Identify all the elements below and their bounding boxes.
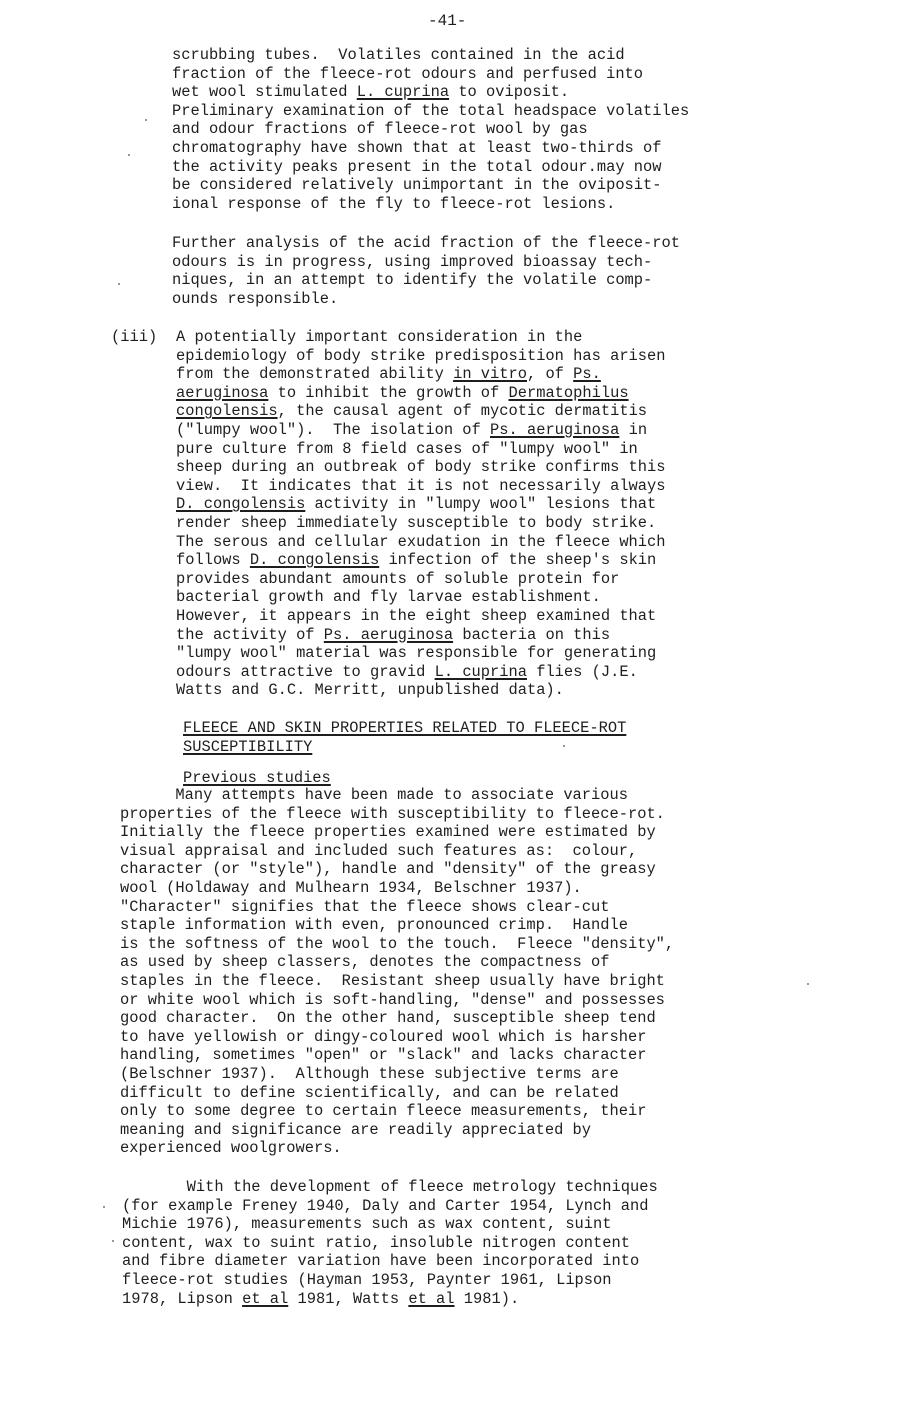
section-heading: FLEECE AND SKIN PROPERTIES RELATED TO FL… <box>183 719 626 756</box>
text-line: chromatography have shown that at least … <box>172 139 689 158</box>
underlined-term: SUSCEPTIBILITY <box>183 738 312 756</box>
text-line: A potentially important consideration in… <box>176 328 666 347</box>
text-line: Michie 1976), measurements such as wax c… <box>122 1215 658 1234</box>
text-line: be considered relatively unimportant in … <box>172 176 689 195</box>
text-line: wet wool stimulated L. cuprina to ovipos… <box>172 83 689 102</box>
underlined-term: Dermatophilus <box>509 384 629 402</box>
text-line: niques, in an attempt to identify the vo… <box>172 271 680 290</box>
underlined-term: et al <box>242 1290 288 1308</box>
text-line: character (or "style"), handle and "dens… <box>120 860 674 879</box>
text-line: good character. On the other hand, susce… <box>120 1009 674 1028</box>
text-line: (for example Freney 1940, Daly and Carte… <box>122 1197 658 1216</box>
text-line: SUSCEPTIBILITY <box>183 738 626 757</box>
text-line: However, it appears in the eight sheep e… <box>176 607 666 626</box>
text-line: 1978, Lipson et al 1981, Watts et al 198… <box>122 1290 658 1309</box>
underlined-term: aeruginosa <box>176 384 268 402</box>
text-line: aeruginosa to inhibit the growth of Derm… <box>176 384 666 403</box>
text-line: difficult to define scientifically, and … <box>120 1084 674 1103</box>
underlined-term: D. congolensis <box>176 495 305 513</box>
underlined-term: L. cuprina <box>357 83 449 101</box>
text-line: meaning and significance are readily app… <box>120 1121 674 1140</box>
paragraph-acid-fraction: scrubbing tubes. Volatiles contained in … <box>172 46 689 213</box>
text-line: as used by sheep classers, denotes the c… <box>120 953 674 972</box>
text-line: and fibre diameter variation have been i… <box>122 1252 658 1271</box>
text-line: The serous and cellular exudation in the… <box>176 533 666 552</box>
text-line: or white wool which is soft-handling, "d… <box>120 991 674 1010</box>
text-line: Watts and G.C. Merritt, unpublished data… <box>176 681 666 700</box>
text-line: follows D. congolensis infection of the … <box>176 551 666 570</box>
page-number: -41- <box>428 12 466 31</box>
text-line: sheep during an outbreak of body strike … <box>176 458 666 477</box>
underlined-term: congolensis <box>176 402 278 420</box>
underlined-term: Ps. <box>573 365 601 383</box>
text-line: Previous studies <box>183 769 331 788</box>
text-line: "lumpy wool" material was responsible fo… <box>176 644 666 663</box>
text-line: experienced woolgrowers. <box>120 1139 674 1158</box>
text-line: staple information with even, pronounced… <box>120 916 674 935</box>
text-line: render sheep immediately susceptible to … <box>176 514 666 533</box>
underlined-term: Ps. aeruginosa <box>490 421 619 439</box>
text-line: ounds responsible. <box>172 290 680 309</box>
scan-speck <box>145 119 147 121</box>
scan-speck <box>563 745 565 747</box>
text-line: scrubbing tubes. Volatiles contained in … <box>172 46 689 65</box>
paragraph-previous-studies: Many attempts have been made to associat… <box>120 786 674 1158</box>
underlined-term: D. congolensis <box>250 551 379 569</box>
text-line: handling, sometimes "open" or "slack" an… <box>120 1046 674 1065</box>
text-line: (Belschner 1937). Although these subject… <box>120 1065 674 1084</box>
text-line: is the softness of the wool to the touch… <box>120 935 674 954</box>
text-line: bacterial growth and fly larvae establis… <box>176 588 666 607</box>
text-line: odours attractive to gravid L. cuprina f… <box>176 663 666 682</box>
underlined-term: L. cuprina <box>435 663 527 681</box>
text-line: properties of the fleece with susceptibi… <box>120 805 674 824</box>
text-line: view. It indicates that it is not necess… <box>176 477 666 496</box>
text-line: D. congolensis activity in "lumpy wool" … <box>176 495 666 514</box>
underlined-term: Previous studies <box>183 769 331 787</box>
item-marker-iii: (iii) <box>111 328 157 347</box>
scan-speck <box>128 154 130 156</box>
text-line: only to some degree to certain fleece me… <box>120 1102 674 1121</box>
text-line: wool (Holdaway and Mulhearn 1934, Belsch… <box>120 879 674 898</box>
text-line: With the development of fleece metrology… <box>122 1178 658 1197</box>
text-line: content, wax to suint ratio, insoluble n… <box>122 1234 658 1253</box>
text-line: epidemiology of body strike predispositi… <box>176 347 666 366</box>
text-line: the activity of Ps. aeruginosa bacteria … <box>176 626 666 645</box>
scan-speck <box>103 1206 105 1208</box>
text-line: "Character" signifies that the fleece sh… <box>120 898 674 917</box>
text-line: to have yellowish or dingy-coloured wool… <box>120 1028 674 1047</box>
text-line: Preliminary examination of the total hea… <box>172 102 689 121</box>
text-line: provides abundant amounts of soluble pro… <box>176 570 666 589</box>
scan-speck <box>807 983 809 985</box>
text-line: the activity peaks present in the total … <box>172 158 689 177</box>
text-line: and odour fractions of fleece-rot wool b… <box>172 120 689 139</box>
text-line: fraction of the fleece-rot odours and pe… <box>172 65 689 84</box>
text-line: Initially the fleece properties examined… <box>120 823 674 842</box>
scan-speck <box>112 1240 114 1242</box>
scan-speck <box>118 283 120 285</box>
text-line: Many attempts have been made to associat… <box>120 786 674 805</box>
paragraph-further-analysis: Further analysis of the acid fraction of… <box>172 234 680 308</box>
underlined-term: FLEECE AND SKIN PROPERTIES RELATED TO FL… <box>183 719 626 737</box>
underlined-term: Ps. aeruginosa <box>324 626 453 644</box>
paragraph-item-iii: A potentially important consideration in… <box>176 328 666 700</box>
text-line: fleece-rot studies (Hayman 1953, Paynter… <box>122 1271 658 1290</box>
text-line: visual appraisal and included such featu… <box>120 842 674 861</box>
text-line: ional response of the fly to fleece-rot … <box>172 195 689 214</box>
text-line: FLEECE AND SKIN PROPERTIES RELATED TO FL… <box>183 719 626 738</box>
underlined-term: in vitro <box>453 365 527 383</box>
text-line: from the demonstrated ability in vitro, … <box>176 365 666 384</box>
text-line: staples in the fleece. Resistant sheep u… <box>120 972 674 991</box>
paragraph-fleece-metrology: With the development of fleece metrology… <box>122 1178 658 1308</box>
text-line: pure culture from 8 field cases of "lump… <box>176 440 666 459</box>
text-line: ("lumpy wool"). The isolation of Ps. aer… <box>176 421 666 440</box>
text-line: congolensis, the causal agent of mycotic… <box>176 402 666 421</box>
text-line: Further analysis of the acid fraction of… <box>172 234 680 253</box>
subheading-previous-studies: Previous studies <box>183 769 331 788</box>
underlined-term: et al <box>408 1290 454 1308</box>
text-line: odours is in progress, using improved bi… <box>172 253 680 272</box>
